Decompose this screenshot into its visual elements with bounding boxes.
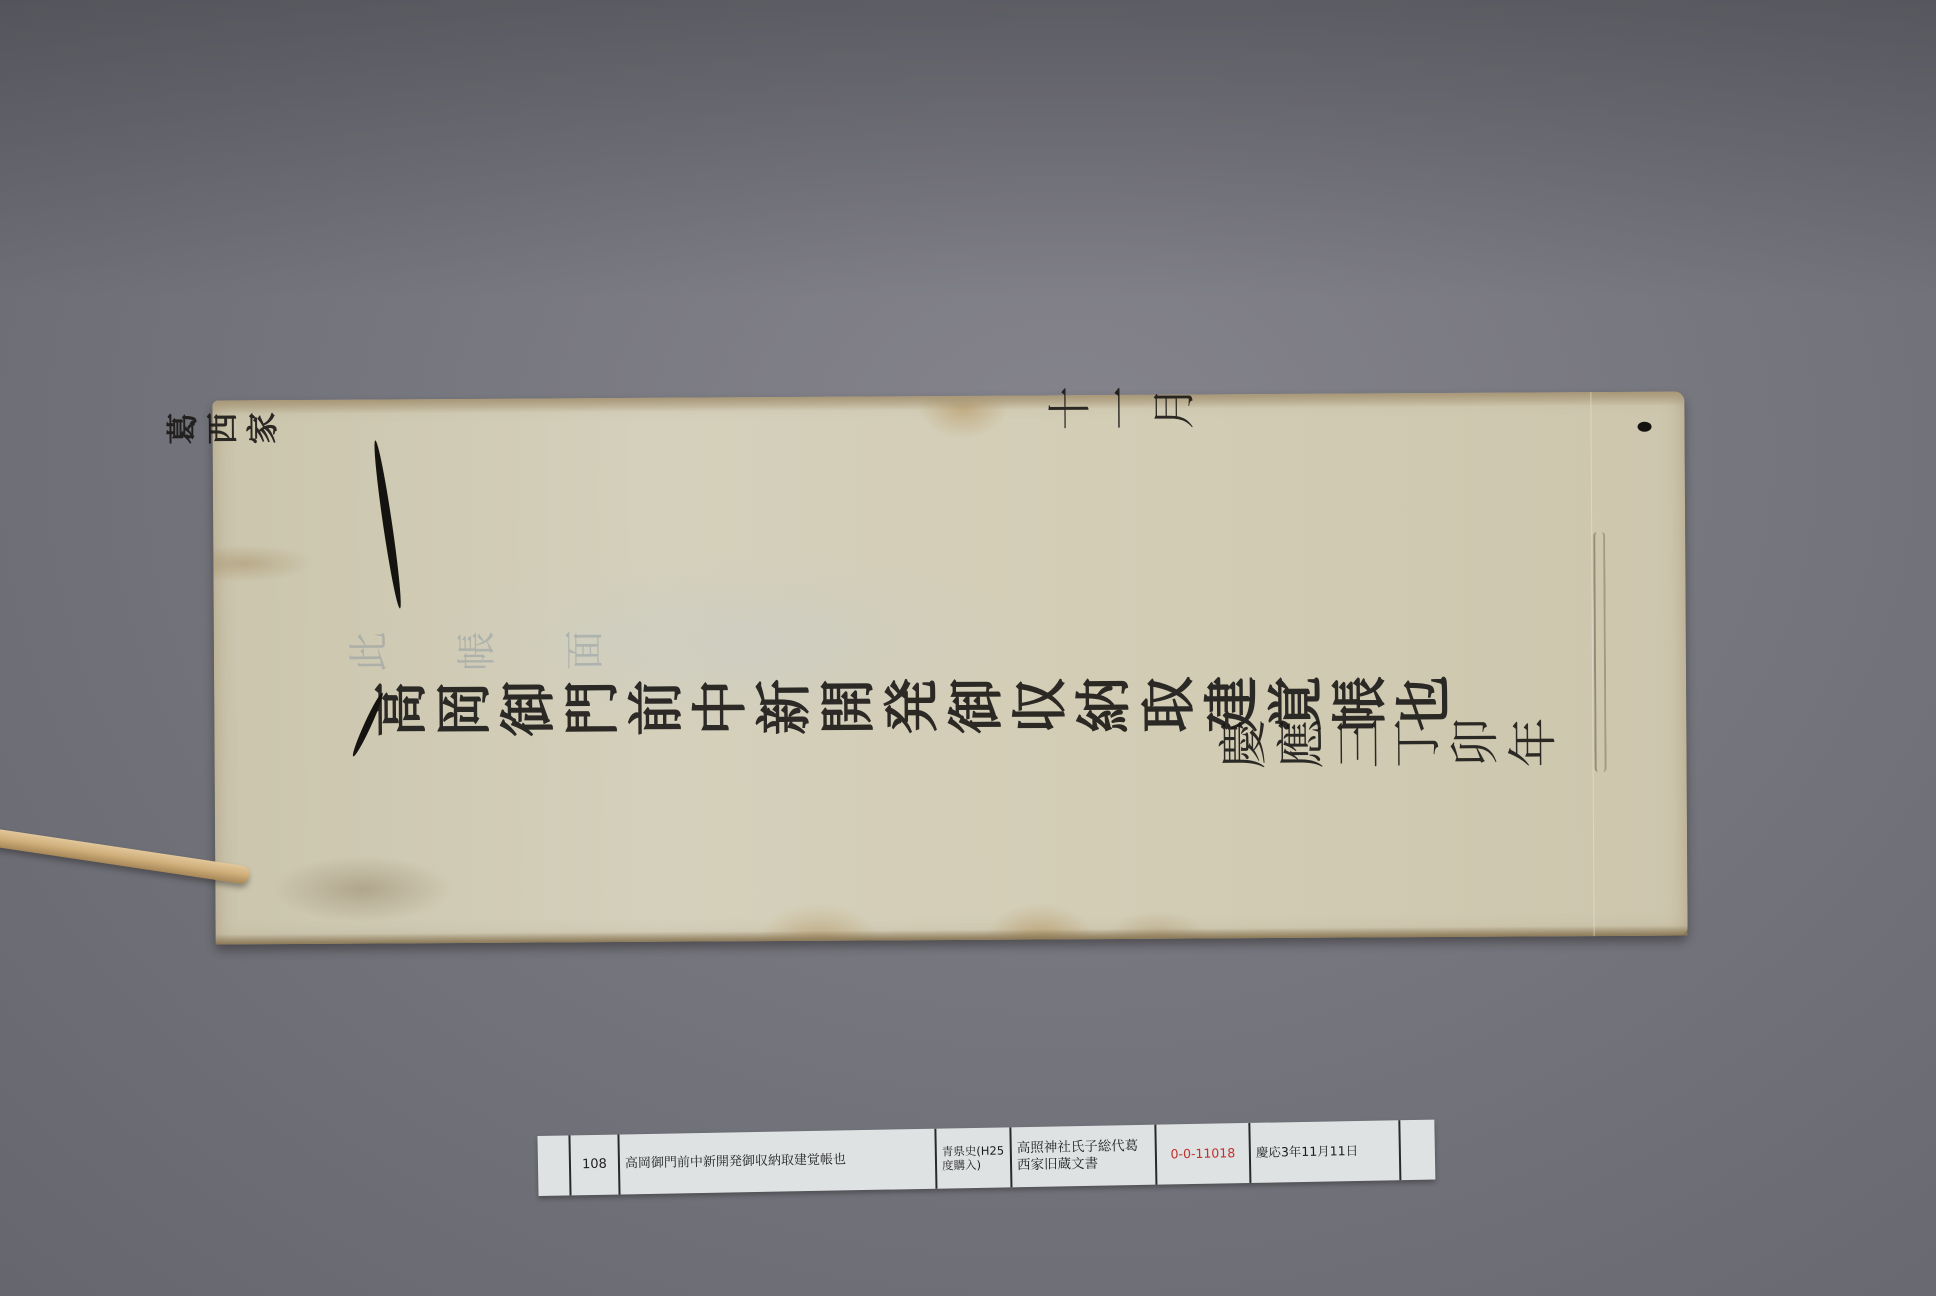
catalog-label: 108 高岡御門前中新開発御収納取建覚帳也 青県史(H25度購入) 高照神社氏子… [537, 1120, 1435, 1196]
label-catalog-id: 0-0-11018 [1156, 1123, 1251, 1185]
label-number: 108 [570, 1135, 620, 1196]
label-title: 高岡御門前中新開発御収納取建覚帳也 [619, 1129, 937, 1195]
document-bottom-edge [216, 925, 1688, 944]
document-top-edge [212, 392, 1684, 415]
manuscript-column-title: 高岡御門前中新開発御収納取建覚帳也 [370, 667, 1458, 754]
label-date: 慶応3年11月11日 [1250, 1120, 1401, 1183]
manuscript-column-month: 十一月 [1046, 380, 1202, 445]
label-end-cell [1400, 1120, 1435, 1181]
label-blank-cell [537, 1135, 571, 1196]
binding-mark [1593, 532, 1606, 772]
historical-manuscript: 此 帳 面 慶應三丁卯年 高岡御門前中新開発御収納取建覚帳也 十一月 葛西家 [212, 392, 1687, 945]
background-shadow [0, 0, 1936, 300]
label-collection: 高照神社氏子総代葛西家旧蔵文書 [1011, 1125, 1157, 1188]
label-source: 青県史(H25度購入) [936, 1127, 1012, 1188]
manuscript-column-signature: 葛西家 [165, 407, 285, 454]
wooden-pointer-stick [0, 828, 250, 885]
ink-stroke-right [1638, 422, 1652, 432]
ink-stroke-long [371, 440, 405, 610]
